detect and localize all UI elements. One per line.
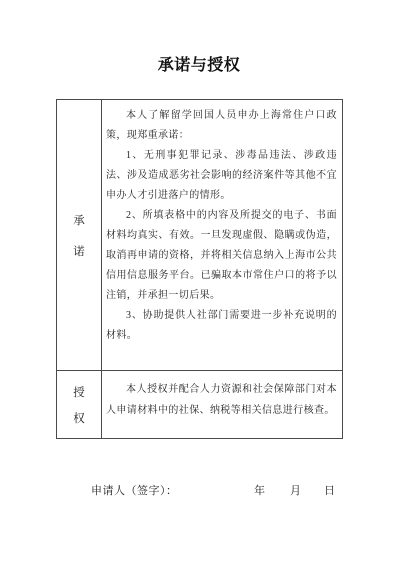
row-label-authorization: 授 权 (57, 371, 102, 438)
label-char: 权 (73, 410, 85, 426)
label-char: 授 (73, 384, 85, 400)
authorization-content-cell: 本人授权并配合人力资源和社会保障部门对本人申请材料中的社保、纳税等相关信息进行核… (102, 371, 342, 438)
row-label-commitment: 承 诺 (57, 100, 102, 370)
year-label: 年 (254, 482, 265, 498)
commitment-authorization-table: 承 诺 本人了解留学回国人员申办上海常住户口政策，现郑重承诺： 1、无刑事犯罪记… (56, 99, 343, 439)
commitment-item-3-paragraph: 3、协助提供人社部门需要进一步补充说明的材料。 (106, 306, 337, 346)
table-row-commitment: 承 诺 本人了解留学回国人员申办上海常住户口政策，现郑重承诺： 1、无刑事犯罪记… (57, 100, 342, 371)
day-label: 日 (324, 482, 335, 498)
page-title: 承诺与授权 (0, 52, 398, 75)
month-label: 月 (290, 482, 301, 498)
commitment-item-1-paragraph: 1、无刑事犯罪记录、涉毒品违法、涉政违法、涉及造成恶劣社会影响的经济案件等其他不… (106, 146, 337, 206)
commitment-item-2-paragraph: 2、所填表格中的内容及所提交的电子、书面材料均真实、有效。一旦发现虚假、隐瞒或伪… (106, 206, 337, 306)
document-page: 承诺与授权 承 诺 本人了解留学回国人员申办上海常住户口政策，现郑重承诺： 1、… (0, 0, 398, 563)
commitment-content-cell: 本人了解留学回国人员申办上海常住户口政策，现郑重承诺： 1、无刑事犯罪记录、涉毒… (102, 100, 342, 370)
commitment-intro-paragraph: 本人了解留学回国人员申办上海常住户口政策，现郑重承诺： (106, 106, 337, 146)
table-row-authorization: 授 权 本人授权并配合人力资源和社会保障部门对本人申请材料中的社保、纳税等相关信… (57, 371, 342, 438)
authorization-paragraph: 本人授权并配合人力资源和社会保障部门对本人申请材料中的社保、纳税等相关信息进行核… (106, 379, 337, 421)
label-char: 承 (73, 212, 85, 228)
label-char: 诺 (73, 243, 85, 259)
signature-line: 申请人（签字）： 年 月 日 (0, 482, 398, 498)
applicant-signature-label: 申请人（签字）： (91, 482, 178, 498)
